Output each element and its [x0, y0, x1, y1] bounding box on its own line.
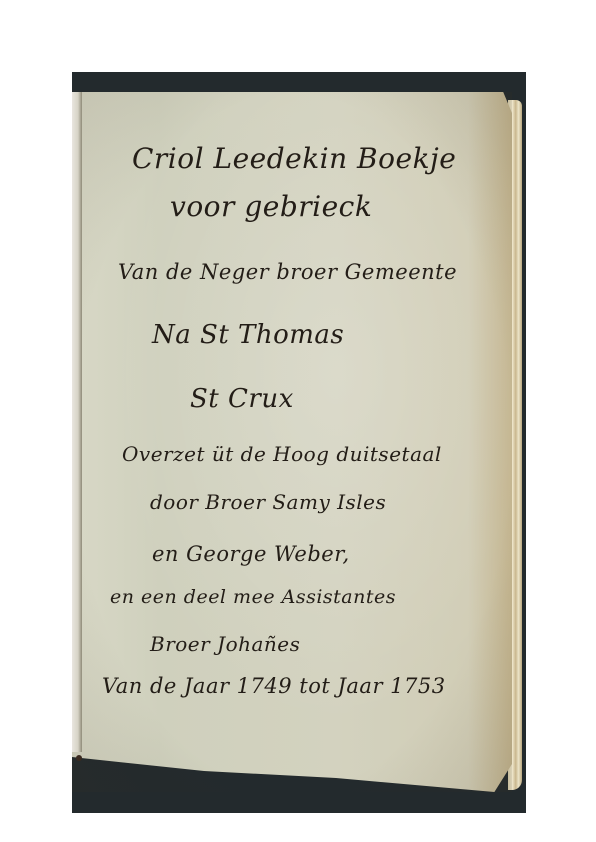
- title-line-1: Criol Leedekin Boekje: [132, 142, 456, 175]
- title-line-5: St Crux: [190, 384, 294, 414]
- binding-gutter: [72, 92, 82, 752]
- title-line-3: Van de Neger broer Gemeente: [118, 260, 457, 284]
- title-line-2: voor gebrieck: [170, 190, 372, 223]
- ink-spot: [76, 755, 82, 761]
- parchment-page: Criol Leedekin Boekje voor gebrieck Van …: [72, 92, 512, 792]
- title-line-9: en een deel mee Assistantes: [110, 586, 396, 608]
- title-line-6: Overzet üt de Hoog duitsetaal: [122, 442, 442, 466]
- title-line-7: door Broer Samy Isles: [150, 490, 386, 514]
- title-line-8: en George Weber,: [152, 542, 350, 566]
- title-line-4: Na St Thomas: [152, 320, 344, 350]
- manuscript-photo: Criol Leedekin Boekje voor gebrieck Van …: [72, 72, 526, 813]
- title-line-10: Broer Johañes: [150, 632, 300, 656]
- title-line-11: Van de Jaar 1749 tot Jaar 1753: [102, 674, 446, 698]
